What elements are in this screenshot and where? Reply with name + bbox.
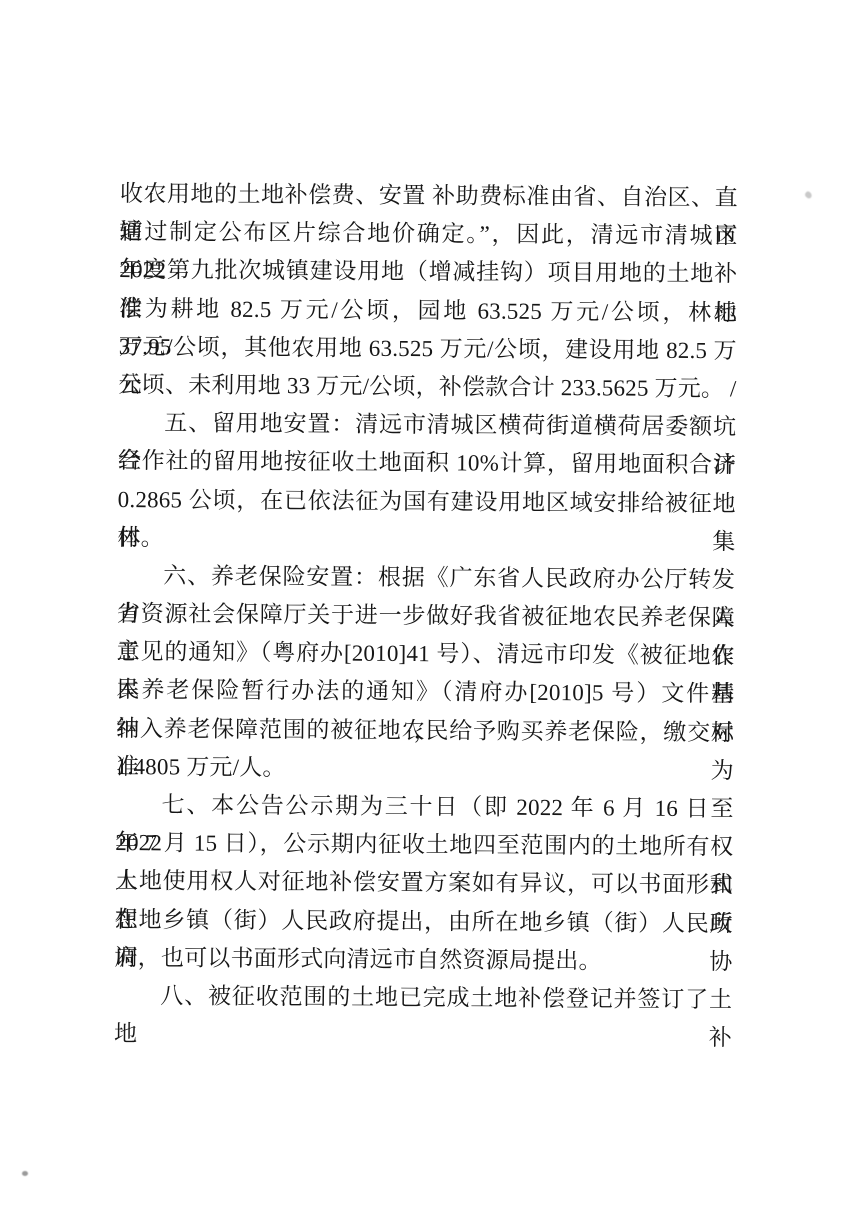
text-line: 土地使用权人对征地补偿安置方案如有异议，可以书面形式想所 [115,862,733,905]
text-line: 万元/公顷，其他农用地 63.525 万元/公顷，建设用地 82.5 万元/ [119,328,737,371]
text-line: 八、被征收范围的土地已完成土地补偿登记并签订了土地补 [114,977,732,1020]
text-line: 五、留用地安置：清远市清城区横荷街道横荷居委额坑经济 [118,404,736,447]
scan-artifact-speck [22,1171,28,1176]
text-line: 七、本公告公示期为三十日（即 2022 年 6 月 16 日至 2022 [115,786,733,829]
text-line: 0.2865 公顷，在已依法征为国有建设用地区域安排给被征地村集 [118,480,736,523]
text-line: 六、养老保险安置：根据《广东省人民政府办公厅转发省人 [117,557,735,600]
text-line: 公顷、未利用地 33 万元/公顷，补偿款合计 233.5625 万元。 [118,366,736,409]
text-line: 意见的通知》（粤府办[2010]41 号）、清远市印发《被征地农民基 [117,633,735,676]
document-body: 收农用地的土地补偿费、安置 补助费标准由省、自治区、直辖市通过制定公布区片综合地… [114,175,738,1019]
text-line: 合作社的留用地按征收土地面积 10%计算，留用地面积合计 [118,442,736,485]
text-line: 通过制定公布区片综合地价确定。”，因此，清远市清城区 2022 [119,213,737,256]
scan-artifact-speck [804,190,813,199]
text-line: 收农用地的土地补偿费、安置 补助费标准由省、自治区、直辖市 [120,175,738,218]
text-line: 年度第九批次城镇建设用地（增减挂钩）项目用地的土地补偿标 [119,251,737,294]
text-line: 纳入养老保障范围的被征地农民给予购买养老保险，缴交标准为 [116,710,734,753]
text-line: 力资源社会保障厅关于进一步做好我省被征地农民养老保障工作 [117,595,735,638]
scanned-document-page: 收农用地的土地补偿费、安置 补助费标准由省、自治区、直辖市通过制定公布区片综合地… [0,0,850,1205]
text-line: 本养老保险暂行办法的通知》（清府办[2010]5 号）文件精神，对 [116,671,734,714]
text-line: 在地乡镇（街）人民政府提出，由所在地乡镇（街）人民政府协 [115,901,733,944]
text-line: 准为耕地 82.5 万元/公顷，园地 63.525 万元/公顷，林地 37.95 [119,290,737,333]
text-line: 年 7 月 15 日），公示期内征收土地四至范围内的土地所有权人和 [115,824,733,867]
